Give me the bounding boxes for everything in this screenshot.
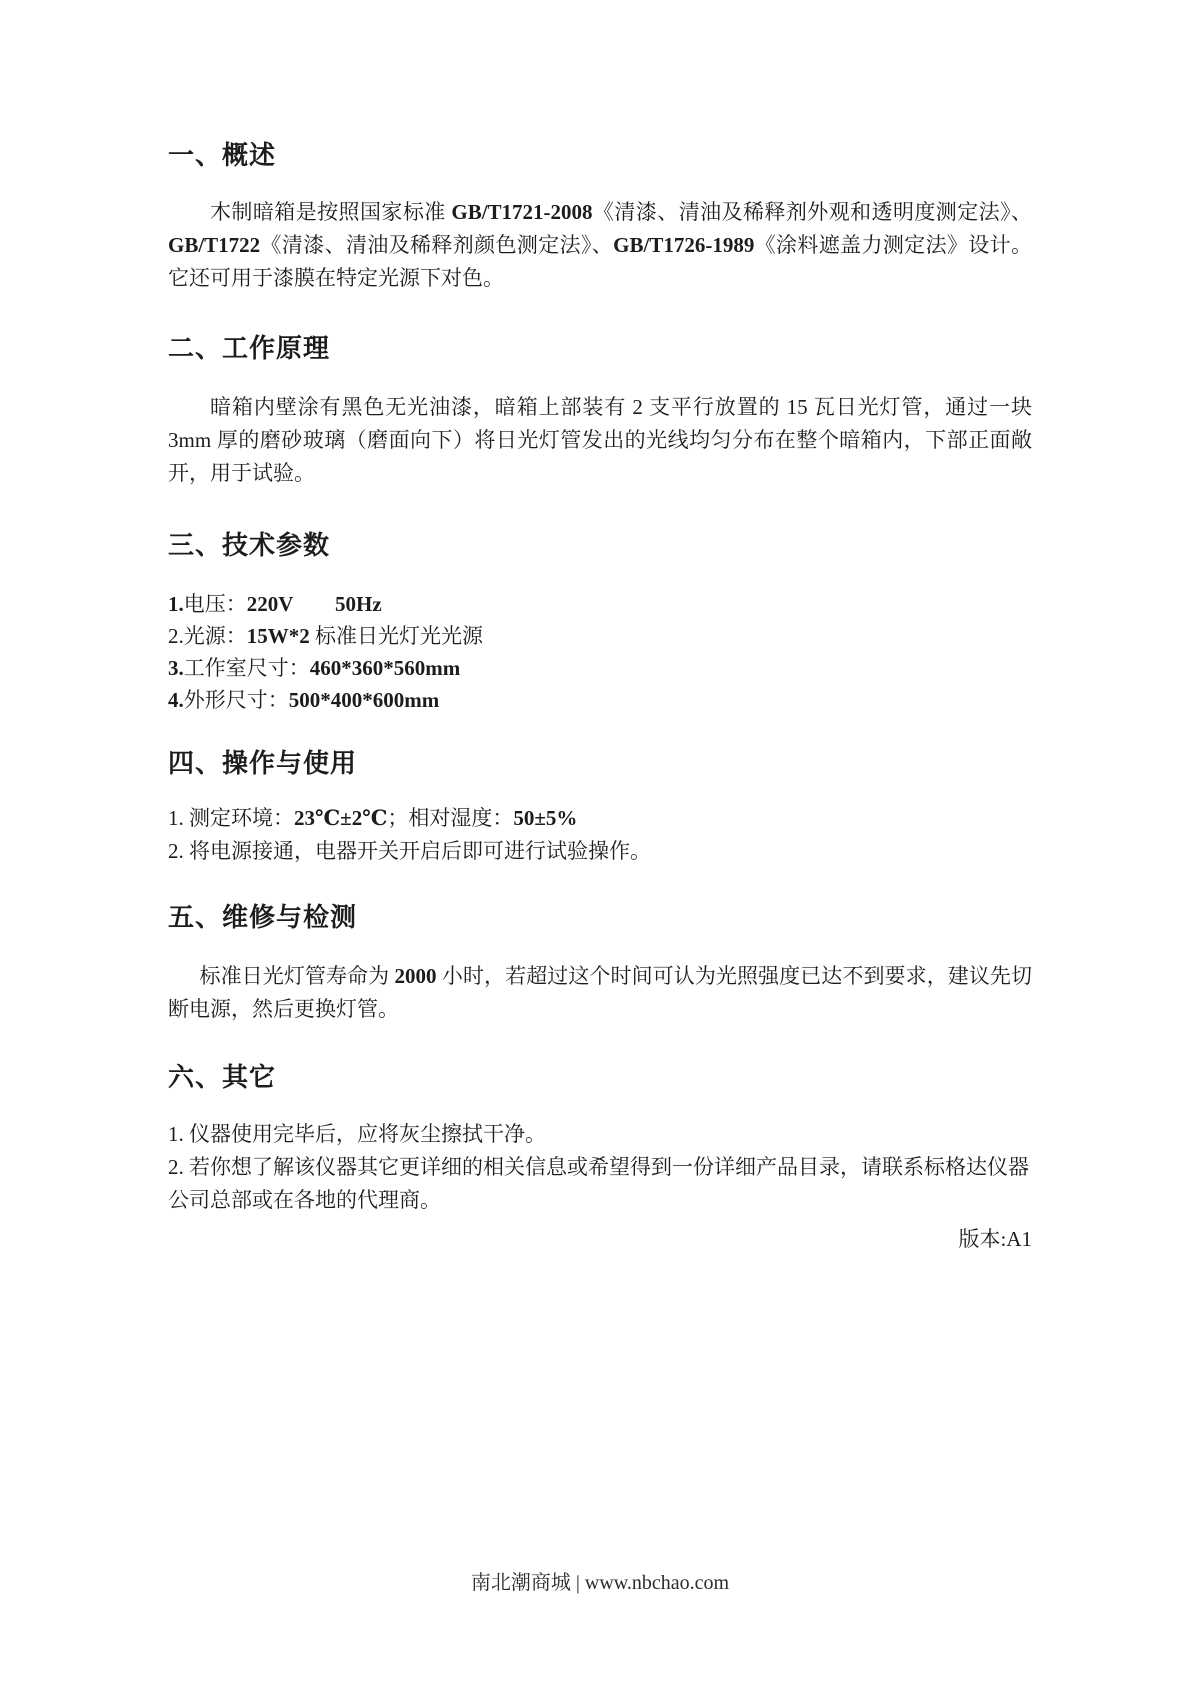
item-label: 工作室尺寸： xyxy=(184,656,310,680)
item-value: 460*360*560mm xyxy=(310,656,461,680)
footer-site-label: 南北潮商城 | www.nbchao.com xyxy=(0,1570,1200,1596)
operation-step-environment: 1. 测定环境：23℃±2℃；相对湿度：50±5% xyxy=(168,802,1032,835)
standard-code: GB/T1721-2008 xyxy=(451,200,592,224)
item-value: 500*400*600mm xyxy=(289,688,440,712)
item-value: 50±5% xyxy=(513,806,577,830)
section-6-heading: 六、其它 xyxy=(168,1060,1032,1094)
item-label: 2.光源： xyxy=(168,624,247,648)
item-label: 外形尺寸： xyxy=(184,688,289,712)
version-label: 版本:A1 xyxy=(168,1223,1032,1256)
item-label: ；相对湿度： xyxy=(387,806,513,830)
other-notes-list: 1. 仪器使用完毕后，应将灰尘擦拭干净。 2. 若你想了解该仪器其它更详细的相关… xyxy=(168,1118,1032,1217)
overview-paragraph: 木制暗箱是按照国家标准 GB/T1721-2008《清漆、清油及稀释剂外观和透明… xyxy=(168,196,1032,295)
item-number: 4. xyxy=(168,688,184,712)
item-value: 23℃±2℃ xyxy=(294,806,387,830)
text-run: 标准日光灯管寿命为 xyxy=(200,964,395,988)
standard-code: GB/T1722 xyxy=(168,233,260,257)
text-run: 2. 将电源接通，电器开关开启后即可进行试验操作。 xyxy=(168,839,651,863)
tech-params-list: 1.电压：220V 50Hz 2.光源：15W*2 标准日光灯光光源 3.工作室… xyxy=(168,588,1032,716)
maintenance-paragraph: 标准日光灯管寿命为 2000 小时，若超过这个时间可认为光照强度已达不到要求，建… xyxy=(168,960,1032,1026)
text-run: 木制暗箱是按照国家标准 xyxy=(210,200,451,224)
section-4-heading: 四、操作与使用 xyxy=(168,746,1032,780)
item-value: 15W*2 xyxy=(247,624,310,648)
tech-param-light-source: 2.光源：15W*2 标准日光灯光光源 xyxy=(168,620,1032,652)
tech-param-chamber-size: 3.工作室尺寸：460*360*560mm xyxy=(168,652,1032,684)
section-1-heading: 一、概述 xyxy=(168,138,1032,172)
tech-param-voltage: 1.电压：220V 50Hz xyxy=(168,588,1032,620)
item-label: 1. 测定环境： xyxy=(168,806,294,830)
tech-param-overall-size: 4.外形尺寸：500*400*600mm xyxy=(168,684,1032,716)
note-cleaning: 1. 仪器使用完毕后，应将灰尘擦拭干净。 xyxy=(168,1118,1032,1151)
document-content: 一、概述 木制暗箱是按照国家标准 GB/T1721-2008《清漆、清油及稀释剂… xyxy=(0,0,1200,1256)
item-label: 电压： xyxy=(184,592,247,616)
working-principle-paragraph: 暗箱内壁涂有黑色无光油漆，暗箱上部装有 2 支平行放置的 15 瓦日光灯管，通过… xyxy=(168,391,1032,490)
section-5-heading: 五、维修与检测 xyxy=(168,900,1032,934)
item-number: 1. xyxy=(168,592,184,616)
lamp-life-value: 2000 xyxy=(395,964,437,988)
item-label: 标准日光灯光光源 xyxy=(310,624,483,648)
text-run: 《清漆、清油及稀释剂颜色测定法》、 xyxy=(260,233,613,257)
section-3-heading: 三、技术参数 xyxy=(168,528,1032,562)
operation-step-power: 2. 将电源接通，电器开关开启后即可进行试验操作。 xyxy=(168,835,1032,868)
item-value: 220V 50Hz xyxy=(247,592,382,616)
operation-steps-list: 1. 测定环境：23℃±2℃；相对湿度：50±5% 2. 将电源接通，电器开关开… xyxy=(168,802,1032,868)
section-2-heading: 二、工作原理 xyxy=(168,331,1032,365)
item-number: 3. xyxy=(168,656,184,680)
text-run: 《清漆、清油及稀释剂外观和透明度测定法》、 xyxy=(593,200,1032,224)
standard-code: GB/T1726-1989 xyxy=(613,233,754,257)
document-page: 一、概述 木制暗箱是按照国家标准 GB/T1721-2008《清漆、清油及稀释剂… xyxy=(0,0,1200,1697)
note-contact: 2. 若你想了解该仪器其它更详细的相关信息或希望得到一份详细产品目录，请联系标格… xyxy=(168,1151,1032,1217)
